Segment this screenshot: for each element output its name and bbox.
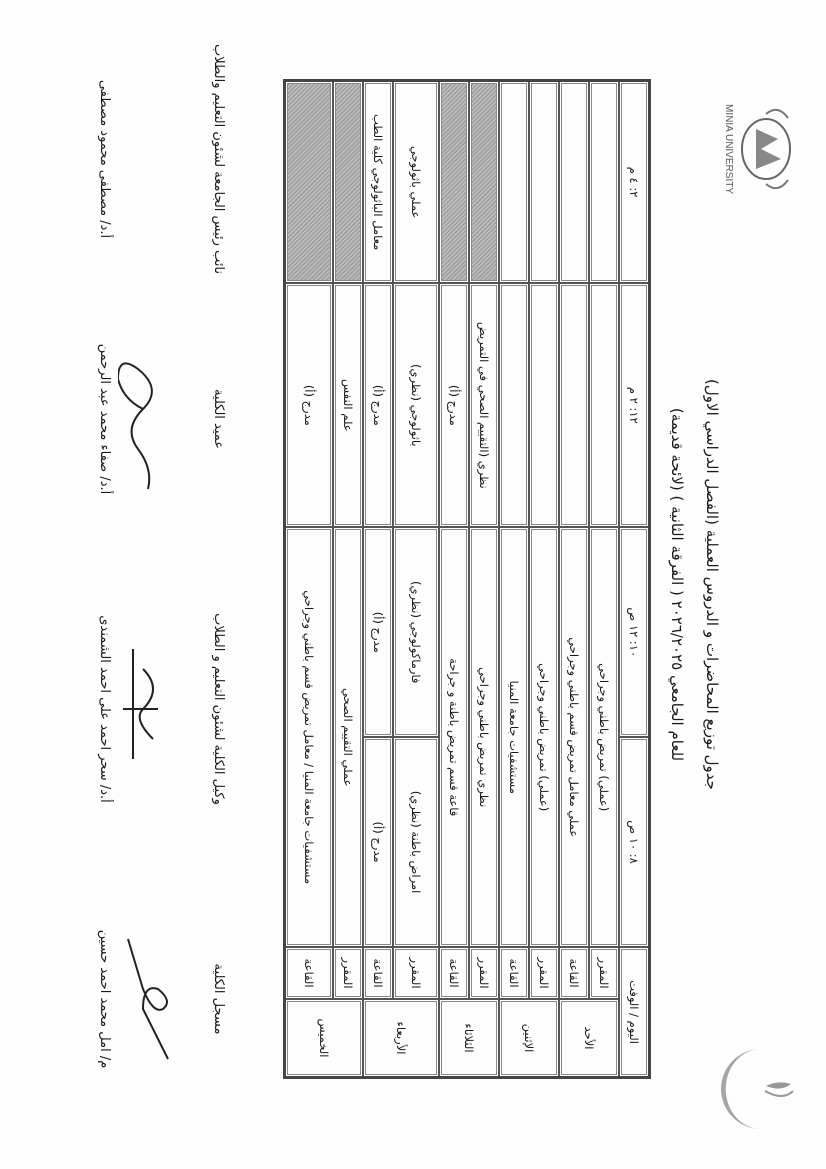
thursday-course-8-12: عملي التقييم الصحي (333, 527, 363, 947)
time-slot-2: ١٠: ١٢ ص (619, 527, 650, 737)
signature-registrar: مسجل الكلية م/ امل محمد احمد حسين (97, 869, 226, 1129)
time-slot-4: ٢: ٤ م (619, 81, 650, 284)
wednesday-course-row: الأربعاء المقرر امراض باطنة (نظري) فارما… (393, 81, 439, 1078)
document-title: جدول توزيع المحاضرات و الدروس العملية (ا… (703, 0, 721, 1169)
day-sunday: الأحد (559, 999, 619, 1078)
monday-course-12-2 (529, 283, 559, 527)
day-wednesday: الأربعاء (363, 999, 439, 1078)
tuesday-room-2-4-shaded (439, 81, 469, 284)
tuesday-room-row: القاعة قاعة قسم تمريض باطنة و جراحة مدرج… (439, 81, 469, 1078)
schedule-table: اليوم / الوقت ٨: ١٠ ص ١٠: ١٢ ص ١٢: ٢ م ٢… (283, 79, 651, 1079)
handwritten-signature-icon (118, 339, 173, 499)
sunday-course-row: الأحد المقرر (عملي) تمريض باطني وجراحي (589, 81, 619, 1078)
monday-course-row: الإثنين المقرر (عملي) تمريض باطني وجراحي (529, 81, 559, 1078)
thursday-course-2-4-shaded (333, 81, 363, 284)
crescent-logo-icon (716, 1029, 811, 1149)
wednesday-room-2-4: معامل الباثولوجي كلية الطب (363, 81, 393, 284)
sunday-course-12-2 (589, 283, 619, 527)
handwritten-signature-icon (118, 639, 173, 779)
time-header-row: اليوم / الوقت ٨: ١٠ ص ١٠: ١٢ ص ١٢: ٢ م ٢… (619, 81, 650, 1078)
wednesday-room-10-12: مدرج (أ) (363, 527, 393, 737)
tuesday-course-row: الثلاثاء المقرر نظري تمريض باطني وجراحي … (469, 81, 499, 1078)
signature-name: أ.د/ مصطفى محمود مصطفى (97, 29, 112, 289)
sunday-room-12-2 (559, 283, 589, 527)
wednesday-room-row: القاعة مدرج (أ) مدرج (أ) مدرج (أ) معامل … (363, 81, 393, 1078)
course-label: المقرر (469, 947, 499, 999)
tuesday-room-12-2: مدرج (أ) (439, 283, 469, 527)
signature-block: مسجل الكلية م/ امل محمد احمد حسين وكيل ا… (6, 0, 226, 1169)
signature-vice-president: نائب رئيس الجامعة لشئون التعليم والطلاب … (97, 29, 226, 289)
rotated-document-page: MINIA UNIVERSITY جدول توزيع المحاضرات و … (0, 0, 826, 1169)
day-monday: الإثنين (499, 999, 559, 1078)
room-label: القاعة (363, 947, 393, 999)
thursday-course-row: الخميس المقرر عملي التقييم الصحي علم الن… (333, 81, 363, 1078)
wednesday-course-8-10: امراض باطنة (نظري) (393, 737, 439, 947)
wednesday-room-8-10: مدرج (أ) (363, 737, 393, 947)
time-slot-1: ٨: ١٠ ص (619, 737, 650, 947)
monday-course-8-12: (عملي) تمريض باطني وجراحي (529, 527, 559, 947)
signature-role: نائب رئيس الجامعة لشئون التعليم والطلاب (211, 29, 226, 289)
thursday-room-12-2: مدرج (أ) (285, 283, 334, 527)
tuesday-room-8-12: قاعة قسم تمريض باطنة و جراحة (439, 527, 469, 947)
signature-role: عميد الكلية (211, 289, 226, 549)
day-tuesday: الثلاثاء (439, 999, 499, 1078)
tuesday-course-12-2: نظري (التقييم الصحي في التمريض (469, 283, 499, 527)
monday-course-2-4 (529, 81, 559, 284)
monday-room-12-2 (499, 283, 529, 527)
wednesday-course-10-12: فارماكولوجي (نظري) (393, 527, 439, 737)
room-label: القاعة (499, 947, 529, 999)
signature-dean: عميد الكلية أ.د/ صفاء محمد عبد الرحمن (97, 289, 226, 549)
course-label: المقرر (333, 947, 363, 999)
document-subtitle: للعام الجامعي ٢٠٢٦/٢٠٢٥ ( الفرقة الثانية… (668, 0, 686, 1169)
faculty-logo (716, 1029, 811, 1149)
time-slot-3: ١٢: ٢ م (619, 283, 650, 527)
monday-room-row: القاعة مستشفيات جامعة المنيا (499, 81, 529, 1078)
signature-name: أ.د/ سحر احمد على احمد الشمندى (97, 579, 112, 839)
signature-name: أ.د/ صفاء محمد عبد الرحمن (97, 289, 112, 549)
thursday-course-12-2: علم النفس (333, 283, 363, 527)
sunday-course-8-12: (عملي) تمريض باطني وجراحي (589, 527, 619, 947)
room-label: القاعة (439, 947, 469, 999)
tuesday-course-2-4-shaded (469, 81, 499, 284)
monday-room-2-4 (499, 81, 529, 284)
course-label: المقرر (393, 947, 439, 999)
monday-room-8-12: مستشفيات جامعة المنيا (499, 527, 529, 947)
thursday-room-row: القاعة مستشفيات جامعة المنيا / معامل تمر… (285, 81, 334, 1078)
university-logo: MINIA UNIVERSITY (716, 84, 806, 214)
wednesday-course-2-4: عملي باثولوجي (393, 81, 439, 284)
signature-role: وكيل الكلية لشئون التعليم و الطلاب (211, 579, 226, 839)
signature-name: م/ امل محمد احمد حسين (97, 869, 112, 1129)
room-label: القاعة (285, 947, 334, 999)
handwritten-signature-icon (118, 929, 173, 1069)
signature-role: مسجل الكلية (211, 869, 226, 1129)
signature-vice-dean: وكيل الكلية لشئون التعليم و الطلاب أ.د/ … (97, 579, 226, 839)
course-label: المقرر (589, 947, 619, 999)
wednesday-room-12-2: مدرج (أ) (363, 283, 393, 527)
thursday-room-8-12: مستشفيات جامعة المنيا / معامل تمريض قسم … (285, 527, 334, 947)
tuesday-course-8-12: نظري تمريض باطني وجراحي (469, 527, 499, 947)
corner-label: اليوم / الوقت (619, 947, 650, 1078)
sunday-room-row: القاعة عملي معامل تمريض قسم باطني وجراحي (559, 81, 589, 1078)
university-emblem-icon: MINIA UNIVERSITY (716, 84, 806, 214)
day-thursday: الخميس (285, 999, 364, 1078)
sunday-room-8-12: عملي معامل تمريض قسم باطني وجراحي (559, 527, 589, 947)
sunday-room-2-4 (559, 81, 589, 284)
room-label: القاعة (559, 947, 589, 999)
svg-text:MINIA UNIVERSITY: MINIA UNIVERSITY (723, 104, 734, 194)
sunday-course-2-4 (589, 81, 619, 284)
thursday-room-2-4-shaded (285, 81, 334, 284)
course-label: المقرر (529, 947, 559, 999)
wednesday-course-12-2: باثولوجي (نظري) (393, 283, 439, 527)
